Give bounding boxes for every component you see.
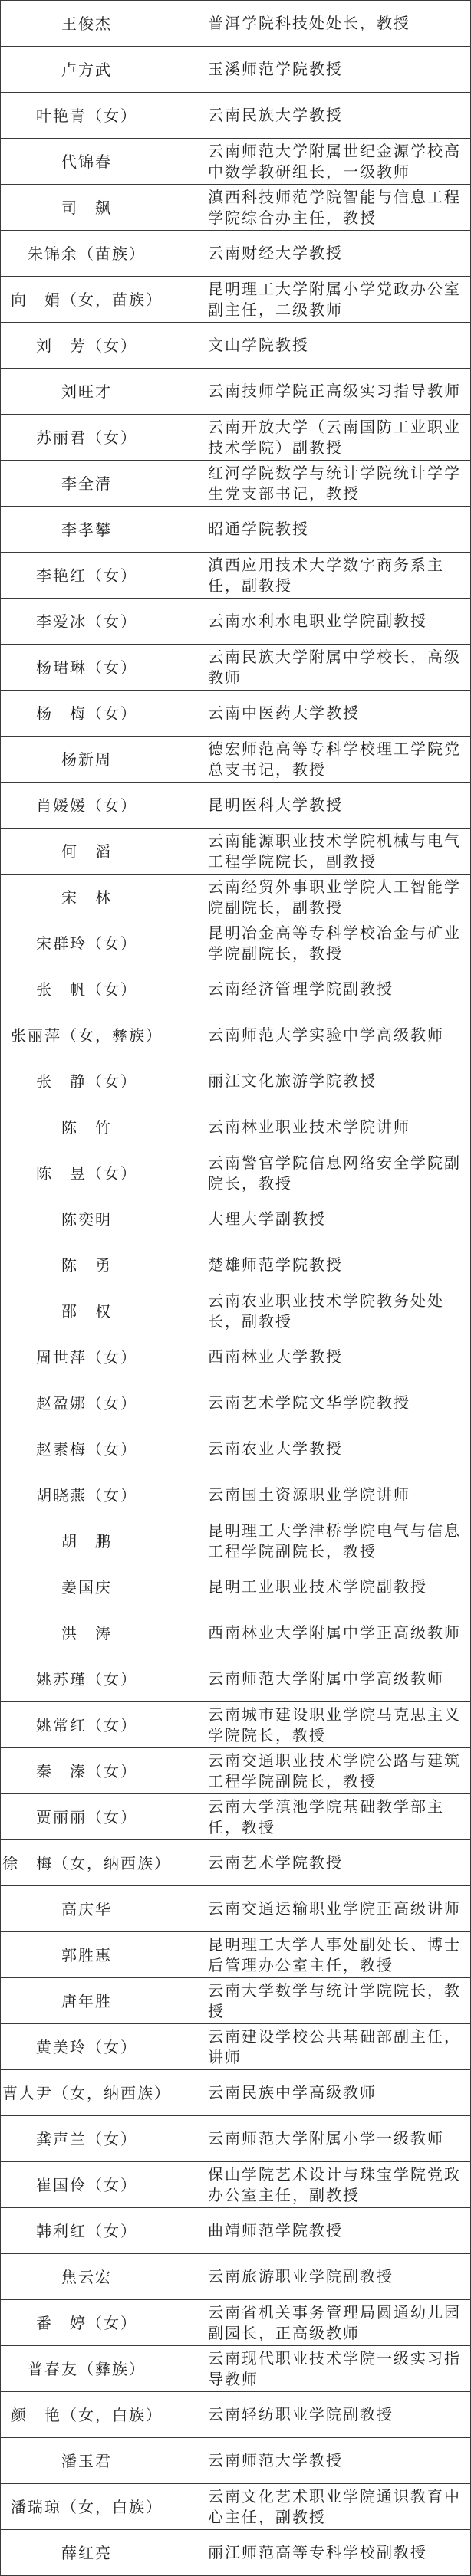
- title-cell: 德宏师范高等专科学校理工学院党总支书记，教授: [199, 737, 470, 782]
- title-cell: 保山学院艺术设计与珠宝学院党政办公室主任，副教授: [199, 2162, 470, 2207]
- table-row: 苏丽君（女）云南开放大学（云南国防工业职业技术学院）副教授: [1, 415, 470, 461]
- name-cell: 焦云宏: [1, 2254, 199, 2299]
- table-row: 张 静（女）丽江文化旅游学院教授: [1, 1058, 470, 1104]
- name-cell: 番 婷（女）: [1, 2300, 199, 2345]
- name-cell: 陈 勇: [1, 1242, 199, 1288]
- table-row: 秦 溱（女）云南交通职业技术学院公路与建筑工程学院副院长，教授: [1, 1748, 470, 1794]
- table-row: 韩利红（女）曲靖师范学院教授: [1, 2208, 470, 2254]
- name-cell: 崔国伶（女）: [1, 2162, 199, 2207]
- table-row: 杨 梅（女）云南中医药大学教授: [1, 691, 470, 737]
- name-cell: 洪 涛: [1, 1610, 199, 1656]
- name-cell: 周世萍（女）: [1, 1334, 199, 1380]
- name-cell: 秦 溱（女）: [1, 1748, 199, 1793]
- name-cell: 朱锦余（苗族）: [1, 231, 199, 276]
- name-cell: 陈 昱（女）: [1, 1150, 199, 1196]
- name-cell: 叶艳青（女）: [1, 93, 199, 138]
- title-cell: 云南农业职业技术学院教务处处长，副教授: [199, 1288, 470, 1334]
- title-cell: 曲靖师范学院教授: [199, 2208, 470, 2253]
- title-cell: 西南林业大学附属中学正高级教师: [199, 1610, 470, 1656]
- title-cell: 云南交通运输职业学院正高级讲师: [199, 1886, 470, 1931]
- name-cell: 赵盈娜（女）: [1, 1380, 199, 1426]
- table-row: 刘旺才云南技师学院正高级实习指导教师: [1, 369, 470, 415]
- table-row: 邵 权云南农业职业技术学院教务处处长，副教授: [1, 1288, 470, 1334]
- table-row: 叶艳青（女）云南民族大学教授: [1, 93, 470, 139]
- name-cell: 李孝攀: [1, 507, 199, 552]
- table-row: 姚苏瑾（女）云南师范大学附属中学高级教师: [1, 1656, 470, 1702]
- table-row: 陈 勇楚雄师范学院教授: [1, 1242, 470, 1288]
- table-row: 李艳红（女）滇西应用技术大学数字商务系主任，副教授: [1, 553, 470, 599]
- table-row: 普春友（彝族）云南现代职业技术学院一级实习指导教师: [1, 2346, 470, 2392]
- name-cell: 王俊杰: [1, 1, 199, 46]
- name-cell: 李艳红（女）: [1, 553, 199, 598]
- name-cell: 陈奕明: [1, 1196, 199, 1242]
- name-cell: 胡晓燕（女）: [1, 1472, 199, 1518]
- name-cell: 李全清: [1, 461, 199, 506]
- table-row: 王俊杰普洱学院科技处处长，教授: [1, 1, 470, 47]
- title-cell: 云南艺术学院文华学院教授: [199, 1380, 470, 1426]
- table-row: 薛红亮丽江师范高等专科学校副教授: [1, 2530, 470, 2576]
- name-cell: 向 娟（女，苗族）: [1, 277, 199, 322]
- table-row: 向 娟（女，苗族）昆明理工大学附属小学党政办公室副主任，二级教师: [1, 277, 470, 323]
- name-cell: 高庆华: [1, 1886, 199, 1931]
- title-cell: 昆明理工大学人事处副处长、博士后管理办公室主任，教授: [199, 1932, 470, 1977]
- name-cell: 卢方武: [1, 47, 199, 92]
- title-cell: 普洱学院科技处处长，教授: [199, 1, 470, 46]
- title-cell: 丽江文化旅游学院教授: [199, 1058, 470, 1104]
- title-cell: 红河学院数学与统计学院统计学学生党支部书记，教授: [199, 461, 470, 506]
- title-cell: 云南轻纺职业学院副教授: [199, 2392, 470, 2437]
- title-cell: 云南艺术学院教授: [199, 1840, 470, 1885]
- table-row: 贾丽丽（女）云南大学滇池学院基础教学部主任，教授: [1, 1794, 470, 1840]
- title-cell: 滇西应用技术大学数字商务系主任，副教授: [199, 553, 470, 598]
- table-row: 陈奕明大理大学副教授: [1, 1196, 470, 1242]
- table-row: 唐年胜云南大学数学与统计学院院长，教授: [1, 1978, 470, 2024]
- table-row: 胡 鹏昆明理工大学津桥学院电气与信息工程学院副院长，教授: [1, 1518, 470, 1564]
- title-cell: 昆明理工大学津桥学院电气与信息工程学院副院长，教授: [199, 1518, 470, 1564]
- table-row: 宋群玲（女）昆明冶金高等专科学校冶金与矿业学院副院长，教授: [1, 920, 470, 966]
- table-row: 何 滔云南能源职业技术学院机械与电气工程学院院长，副教授: [1, 829, 470, 875]
- table-row: 崔国伶（女）保山学院艺术设计与珠宝学院党政办公室主任，副教授: [1, 2162, 470, 2208]
- name-cell: 杨 梅（女）: [1, 691, 199, 736]
- title-cell: 大理大学副教授: [199, 1196, 470, 1242]
- name-cell: 杨珺琳（女）: [1, 645, 199, 690]
- name-cell: 贾丽丽（女）: [1, 1794, 199, 1839]
- table-row: 潘玉君云南师范大学教授: [1, 2438, 470, 2484]
- name-cell: 潘瑞琼（女，白族）: [1, 2484, 199, 2529]
- title-cell: 云南国土资源职业学院讲师: [199, 1472, 470, 1518]
- name-cell: 李爱冰（女）: [1, 599, 199, 644]
- name-cell: 郭胜惠: [1, 1932, 199, 1977]
- title-cell: 楚雄师范学院教授: [199, 1242, 470, 1288]
- awardees-table: 王俊杰普洱学院科技处处长，教授卢方武玉溪师范学院教授叶艳青（女）云南民族大学教授…: [0, 0, 471, 2576]
- name-cell: 杨新周: [1, 737, 199, 782]
- title-cell: 云南师范大学附属中学高级教师: [199, 1656, 470, 1701]
- table-row: 杨珺琳（女）云南民族大学附属中学校长，高级教师: [1, 645, 470, 691]
- table-row: 龚声兰（女）云南师范大学附属小学一级教师: [1, 2116, 470, 2162]
- title-cell: 昆明理工大学附属小学党政办公室副主任，二级教师: [199, 277, 470, 322]
- name-cell: 颜 艳（女，白族）: [1, 2392, 199, 2437]
- table-row: 焦云宏云南旅游职业学院副教授: [1, 2254, 470, 2300]
- title-cell: 玉溪师范学院教授: [199, 47, 470, 92]
- title-cell: 云南师范大学实验中学高级教师: [199, 1012, 470, 1058]
- table-row: 肖媛媛（女）昆明医科大学教授: [1, 783, 470, 829]
- title-cell: 云南省机关事务管理局圆通幼儿园副园长，正高级教师: [199, 2300, 470, 2345]
- title-cell: 云南民族中学高级教师: [199, 2070, 470, 2115]
- name-cell: 司 飙: [1, 185, 199, 230]
- table-row: 宋 林云南经贸外事职业学院人工智能学院副院长，副教授: [1, 875, 470, 920]
- title-cell: 云南师范大学附属世纪金源学校高中数学教研组长，一级教师: [199, 139, 470, 184]
- title-cell: 丽江师范高等专科学校副教授: [199, 2530, 470, 2575]
- name-cell: 韩利红（女）: [1, 2208, 199, 2253]
- name-cell: 刘旺才: [1, 369, 199, 414]
- title-cell: 昆明医科大学教授: [199, 783, 470, 828]
- title-cell: 西南林业大学教授: [199, 1334, 470, 1380]
- table-row: 高庆华云南交通运输职业学院正高级讲师: [1, 1886, 470, 1932]
- title-cell: 云南警官学院信息网络安全学院副院长，教授: [199, 1150, 470, 1196]
- name-cell: 宋 林: [1, 875, 199, 920]
- name-cell: 姚苏瑾（女）: [1, 1656, 199, 1701]
- name-cell: 何 滔: [1, 829, 199, 874]
- name-cell: 宋群玲（女）: [1, 920, 199, 966]
- name-cell: 陈 竹: [1, 1104, 199, 1150]
- table-row: 胡晓燕（女）云南国土资源职业学院讲师: [1, 1472, 470, 1518]
- table-row: 黄美玲（女）云南建设学校公共基础部副主任，讲师: [1, 2024, 470, 2070]
- name-cell: 张 静（女）: [1, 1058, 199, 1104]
- table-row: 刘 芳（女）文山学院教授: [1, 323, 470, 369]
- title-cell: 云南建设学校公共基础部副主任，讲师: [199, 2024, 470, 2069]
- name-cell: 徐 梅（女，纳西族）: [1, 1840, 199, 1885]
- table-row: 卢方武玉溪师范学院教授: [1, 47, 470, 93]
- title-cell: 云南水利水电职业学院副教授: [199, 599, 470, 644]
- name-cell: 龚声兰（女）: [1, 2116, 199, 2161]
- table-row: 李孝攀昭通学院教授: [1, 507, 470, 553]
- name-cell: 唐年胜: [1, 1978, 199, 2023]
- table-row: 番 婷（女）云南省机关事务管理局圆通幼儿园副园长，正高级教师: [1, 2300, 470, 2346]
- title-cell: 云南中医药大学教授: [199, 691, 470, 736]
- title-cell: 云南民族大学教授: [199, 93, 470, 138]
- table-row: 司 飙滇西科技师范学院智能与信息工程学院综合办主任，教授: [1, 185, 470, 231]
- title-cell: 云南大学数学与统计学院院长，教授: [199, 1978, 470, 2023]
- table-row: 颜 艳（女，白族）云南轻纺职业学院副教授: [1, 2392, 470, 2438]
- table-row: 姜国庆昆明工业职业技术学院副教授: [1, 1564, 470, 1610]
- title-cell: 云南财经大学教授: [199, 231, 470, 276]
- name-cell: 苏丽君（女）: [1, 415, 199, 460]
- title-cell: 云南师范大学附属小学一级教师: [199, 2116, 470, 2161]
- table-row: 陈 昱（女）云南警官学院信息网络安全学院副院长，教授: [1, 1150, 470, 1196]
- title-cell: 云南师范大学教授: [199, 2438, 470, 2483]
- name-cell: 姚常红（女）: [1, 1702, 199, 1747]
- name-cell: 赵素梅（女）: [1, 1426, 199, 1472]
- table-row: 徐 梅（女，纳西族）云南艺术学院教授: [1, 1840, 470, 1886]
- name-cell: 潘玉君: [1, 2438, 199, 2483]
- name-cell: 姜国庆: [1, 1564, 199, 1610]
- table-row: 郭胜惠昆明理工大学人事处副处长、博士后管理办公室主任，教授: [1, 1932, 470, 1978]
- name-cell: 张 帆（女）: [1, 966, 199, 1012]
- title-cell: 昆明冶金高等专科学校冶金与矿业学院副院长，教授: [199, 920, 470, 966]
- title-cell: 云南现代职业技术学院一级实习指导教师: [199, 2346, 470, 2391]
- table-row: 陈 竹云南林业职业技术学院讲师: [1, 1104, 470, 1150]
- title-cell: 云南城市建设职业学院马克思主义学院院长，教授: [199, 1702, 470, 1747]
- title-cell: 云南经济管理学院副教授: [199, 966, 470, 1012]
- name-cell: 黄美玲（女）: [1, 2024, 199, 2069]
- title-cell: 云南农业大学教授: [199, 1426, 470, 1472]
- name-cell: 曹人尹（女，纳西族）: [1, 2070, 199, 2115]
- table-row: 张丽萍（女，彝族）云南师范大学实验中学高级教师: [1, 1012, 470, 1058]
- title-cell: 文山学院教授: [199, 323, 470, 368]
- title-cell: 云南交通职业技术学院公路与建筑工程学院副院长，教授: [199, 1748, 470, 1793]
- title-cell: 云南文化艺术职业学院通识教育中心主任，副教授: [199, 2484, 470, 2529]
- table-row: 洪 涛西南林业大学附属中学正高级教师: [1, 1610, 470, 1656]
- table-row: 潘瑞琼（女，白族）云南文化艺术职业学院通识教育中心主任，副教授: [1, 2484, 470, 2530]
- name-cell: 薛红亮: [1, 2530, 199, 2575]
- name-cell: 普春友（彝族）: [1, 2346, 199, 2391]
- table-row: 杨新周德宏师范高等专科学校理工学院党总支书记，教授: [1, 737, 470, 783]
- name-cell: 代锦春: [1, 139, 199, 184]
- table-row: 赵盈娜（女）云南艺术学院文华学院教授: [1, 1380, 470, 1426]
- table-row: 李全清红河学院数学与统计学院统计学学生党支部书记，教授: [1, 461, 470, 507]
- title-cell: 云南大学滇池学院基础教学部主任，教授: [199, 1794, 470, 1839]
- name-cell: 刘 芳（女）: [1, 323, 199, 368]
- table-row: 曹人尹（女，纳西族）云南民族中学高级教师: [1, 2070, 470, 2116]
- name-cell: 张丽萍（女，彝族）: [1, 1012, 199, 1058]
- table-row: 代锦春云南师范大学附属世纪金源学校高中数学教研组长，一级教师: [1, 139, 470, 185]
- title-cell: 云南技师学院正高级实习指导教师: [199, 369, 470, 414]
- title-cell: 滇西科技师范学院智能与信息工程学院综合办主任，教授: [199, 185, 470, 230]
- title-cell: 云南林业职业技术学院讲师: [199, 1104, 470, 1150]
- table-row: 赵素梅（女）云南农业大学教授: [1, 1426, 470, 1472]
- title-cell: 云南开放大学（云南国防工业职业技术学院）副教授: [199, 415, 470, 460]
- title-cell: 昆明工业职业技术学院副教授: [199, 1564, 470, 1610]
- name-cell: 邵 权: [1, 1288, 199, 1334]
- title-cell: 云南旅游职业学院副教授: [199, 2254, 470, 2299]
- name-cell: 肖媛媛（女）: [1, 783, 199, 828]
- table-row: 姚常红（女）云南城市建设职业学院马克思主义学院院长，教授: [1, 1702, 470, 1748]
- title-cell: 云南能源职业技术学院机械与电气工程学院院长，副教授: [199, 829, 470, 874]
- table-row: 李爱冰（女）云南水利水电职业学院副教授: [1, 599, 470, 645]
- title-cell: 云南民族大学附属中学校长，高级教师: [199, 645, 470, 690]
- title-cell: 云南经贸外事职业学院人工智能学院副院长，副教授: [199, 875, 470, 920]
- table-row: 张 帆（女）云南经济管理学院副教授: [1, 966, 470, 1012]
- name-cell: 胡 鹏: [1, 1518, 199, 1564]
- title-cell: 昭通学院教授: [199, 507, 470, 552]
- table-row: 朱锦余（苗族）云南财经大学教授: [1, 231, 470, 277]
- table-row: 周世萍（女）西南林业大学教授: [1, 1334, 470, 1380]
